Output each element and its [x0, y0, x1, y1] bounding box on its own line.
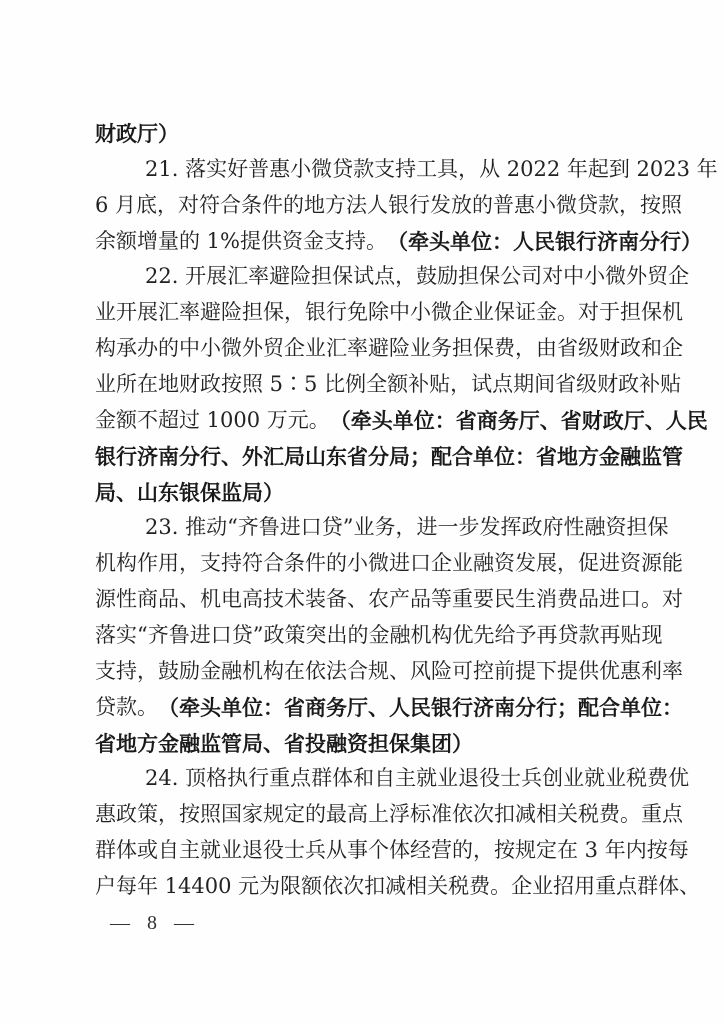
- text-line-content: 源性商品、机电高技术装备、农产品等重要民生消费品进口。对: [95, 582, 629, 618]
- text-line-content: 支持，鼓励金融机构在依法合规、风险可控前提下提供优惠利率: [95, 654, 629, 690]
- page-number: — 8 —: [110, 908, 200, 938]
- text-line: 源性商品、机电高技术装备、农产品等重要民生消费品进口。对: [95, 582, 629, 618]
- text-line-content: 21. 落实好普惠小微贷款支持工具，从 2022 年起到 2023 年: [145, 152, 629, 188]
- text-line-content: 业开展汇率避险担保，银行免除中小微企业保证金。对于担保机: [95, 295, 629, 331]
- text-line-content: 构承办的中小微外贸企业汇率避险业务担保费，由省级财政和企: [95, 331, 629, 367]
- paragraph-21-start: 21. 落实好普惠小微贷款支持工具，从 2022 年起到 2023 年: [95, 152, 629, 188]
- text-line: 6 月底，对符合条件的地方法人银行发放的普惠小微贷款，按照: [95, 188, 629, 224]
- paragraph-24-start: 24. 顶格执行重点群体和自主就业退役士兵创业就业税费优: [95, 761, 629, 797]
- responsible-unit-text: （牵头单位：省商务厅、人民银行济南分行；配合单位：: [158, 690, 683, 726]
- responsible-unit-text: 银行济南分行、外汇局山东省分局；配合单位：省地方金融监管: [95, 439, 629, 475]
- text-line-content: 机构作用，支持符合条件的小微进口企业融资发展，促进资源能: [95, 546, 629, 582]
- text-line-content: 6 月底，对符合条件的地方法人银行发放的普惠小微贷款，按照: [95, 188, 629, 224]
- text-line-content: 金额不超过 1000 万元。: [95, 403, 330, 439]
- text-line-content: 22. 开展汇率避险担保试点，鼓励担保公司对中小微外贸企: [145, 259, 629, 295]
- text-line-content: 落实“齐鲁进口贷”政策突出的金融机构优先给予再贷款再贴现: [95, 618, 629, 654]
- text-line: 贷款。（牵头单位：省商务厅、人民银行济南分行；配合单位：: [95, 690, 629, 726]
- text-line: 群体或自主就业退役士兵从事个体经营的，按规定在 3 年内按每: [95, 833, 629, 869]
- text-line-content: 贷款。: [95, 690, 158, 726]
- text-line-content: 户每年 14400 元为限额依次扣减相关税费。企业招用重点群体、: [95, 869, 629, 905]
- paragraph-23-start: 23. 推动“齐鲁进口贷”业务，进一步发挥政府性融资担保: [95, 510, 629, 546]
- text-line: 业开展汇率避险担保，银行免除中小微企业保证金。对于担保机: [95, 295, 629, 331]
- text-line: 省地方金融监管局、省投融资担保集团）: [95, 726, 629, 762]
- paragraph-22-start: 22. 开展汇率避险担保试点，鼓励担保公司对中小微外贸企: [95, 259, 629, 295]
- text-line-content: 23. 推动“齐鲁进口贷”业务，进一步发挥政府性融资担保: [145, 510, 629, 546]
- text-line: 金额不超过 1000 万元。（牵头单位：省商务厅、省财政厅、人民: [95, 403, 629, 439]
- text-line-content: 群体或自主就业退役士兵从事个体经营的，按规定在 3 年内按每: [95, 833, 629, 869]
- document-page: 财政厅） 21. 落实好普惠小微贷款支持工具，从 2022 年起到 2023 年…: [0, 0, 724, 1024]
- text-line: 局、山东银保监局）: [95, 475, 629, 511]
- responsible-unit-text: （牵头单位：人民银行济南分行）: [387, 224, 702, 260]
- text-line-content: 惠政策，按照国家规定的最高上浮标准依次扣减相关税费。重点: [95, 797, 629, 833]
- text-line: 银行济南分行、外汇局山东省分局；配合单位：省地方金融监管: [95, 439, 629, 475]
- text-line: 机构作用，支持符合条件的小微进口企业融资发展，促进资源能: [95, 546, 629, 582]
- text-line: 业所在地财政按照 5∶5 比例全额补贴，试点期间省级财政补贴: [95, 367, 629, 403]
- document-body: 财政厅） 21. 落实好普惠小微贷款支持工具，从 2022 年起到 2023 年…: [95, 116, 629, 905]
- text-line-content: 余额增量的 1%提供资金支持。: [95, 224, 387, 260]
- responsible-unit-text: 省地方金融监管局、省投融资担保集团）: [95, 726, 473, 762]
- text-line: 财政厅）: [95, 116, 629, 152]
- text-line: 构承办的中小微外贸企业汇率避险业务担保费，由省级财政和企: [95, 331, 629, 367]
- text-line: 户每年 14400 元为限额依次扣减相关税费。企业招用重点群体、: [95, 869, 629, 905]
- responsible-unit-continuation: 财政厅）: [95, 116, 179, 152]
- responsible-unit-text: （牵头单位：省商务厅、省财政厅、人民: [330, 403, 708, 439]
- text-line-content: 业所在地财政按照 5∶5 比例全额补贴，试点期间省级财政补贴: [95, 367, 629, 403]
- text-line: 余额增量的 1%提供资金支持。（牵头单位：人民银行济南分行）: [95, 224, 629, 260]
- text-line-content: 24. 顶格执行重点群体和自主就业退役士兵创业就业税费优: [145, 761, 629, 797]
- text-line: 落实“齐鲁进口贷”政策突出的金融机构优先给予再贷款再贴现: [95, 618, 629, 654]
- text-line: 惠政策，按照国家规定的最高上浮标准依次扣减相关税费。重点: [95, 797, 629, 833]
- responsible-unit-text: 局、山东银保监局）: [95, 475, 284, 511]
- text-line: 支持，鼓励金融机构在依法合规、风险可控前提下提供优惠利率: [95, 654, 629, 690]
